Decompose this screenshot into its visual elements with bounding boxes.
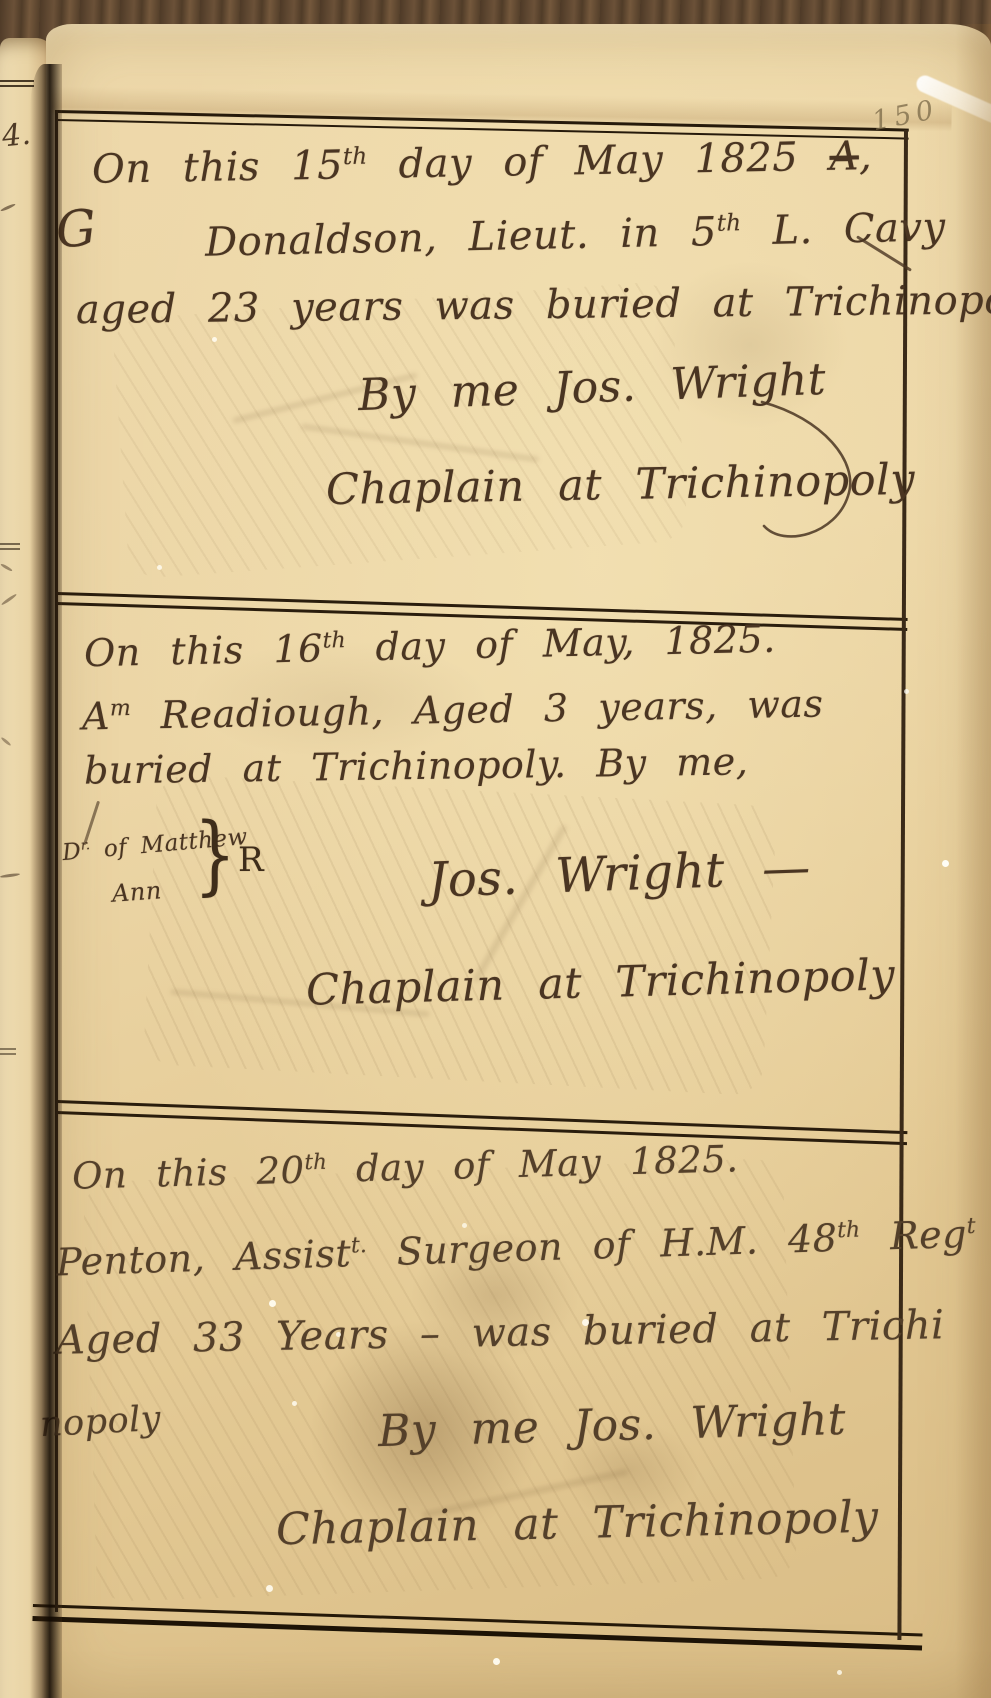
- facing-page-rule: [0, 80, 34, 87]
- abbreviation-superscript: m: [110, 696, 131, 721]
- ordinal-superscript: th: [304, 1150, 327, 1176]
- facing-page-rule: [0, 543, 20, 550]
- entry1-date-text: ,: [858, 133, 872, 179]
- entry1-date-text: day of May 1825: [367, 134, 830, 188]
- entry1-title-line: Chaplain at Trichinopoly: [326, 455, 916, 515]
- entry2-name-text: A: [82, 694, 111, 738]
- page-edge-shadow: [955, 24, 991, 1698]
- ink-stroke-fragment: [0, 736, 11, 746]
- ink-stroke-fragment: [0, 873, 20, 879]
- entry3-date-text: On this 20: [72, 1149, 306, 1198]
- dust-speck-cluster: [0, 0, 3, 3]
- ink-stroke-fragment: [1, 593, 17, 606]
- entry3-name-text: Reg: [860, 1212, 968, 1259]
- facing-page-rule: [0, 1048, 16, 1055]
- ordinal-superscript: th: [322, 628, 346, 653]
- margin-check-letter: R: [238, 840, 264, 880]
- entry1-date-text: On this 15: [92, 142, 344, 192]
- abbreviation-superscript: t: [966, 1214, 976, 1239]
- struck-out-letter: A: [829, 133, 859, 180]
- ink-stroke-fragment: [0, 203, 16, 212]
- entry2-date-text: day of May, 1825.: [345, 617, 776, 670]
- margin-note-text: D: [61, 839, 82, 867]
- abbreviation-superscript: t.: [351, 1233, 368, 1258]
- ordinal-superscript: th: [716, 209, 741, 237]
- entry2-date-text: On this 16: [84, 626, 324, 675]
- ordinal-superscript: th: [343, 143, 368, 170]
- margin-brace: }: [194, 804, 237, 904]
- book-gutter-shadow: [30, 64, 62, 1698]
- entry2-burial-line: buried at Trichinopoly. By me,: [84, 739, 749, 792]
- ordinal-superscript: th: [837, 1218, 861, 1244]
- entry1-name-text: L. Cavy: [741, 204, 946, 254]
- ink-stroke-fragment: [0, 563, 13, 572]
- ink-showthrough: [143, 774, 777, 1096]
- entry2-margin-note-mother: Ann: [111, 876, 163, 907]
- entry3-name-text: Penton, Assist: [56, 1231, 352, 1284]
- facing-page-text-fragment: 4.: [0, 117, 32, 155]
- entry1-burial-line: aged 23 years was buried at Trichinopoly: [76, 277, 991, 333]
